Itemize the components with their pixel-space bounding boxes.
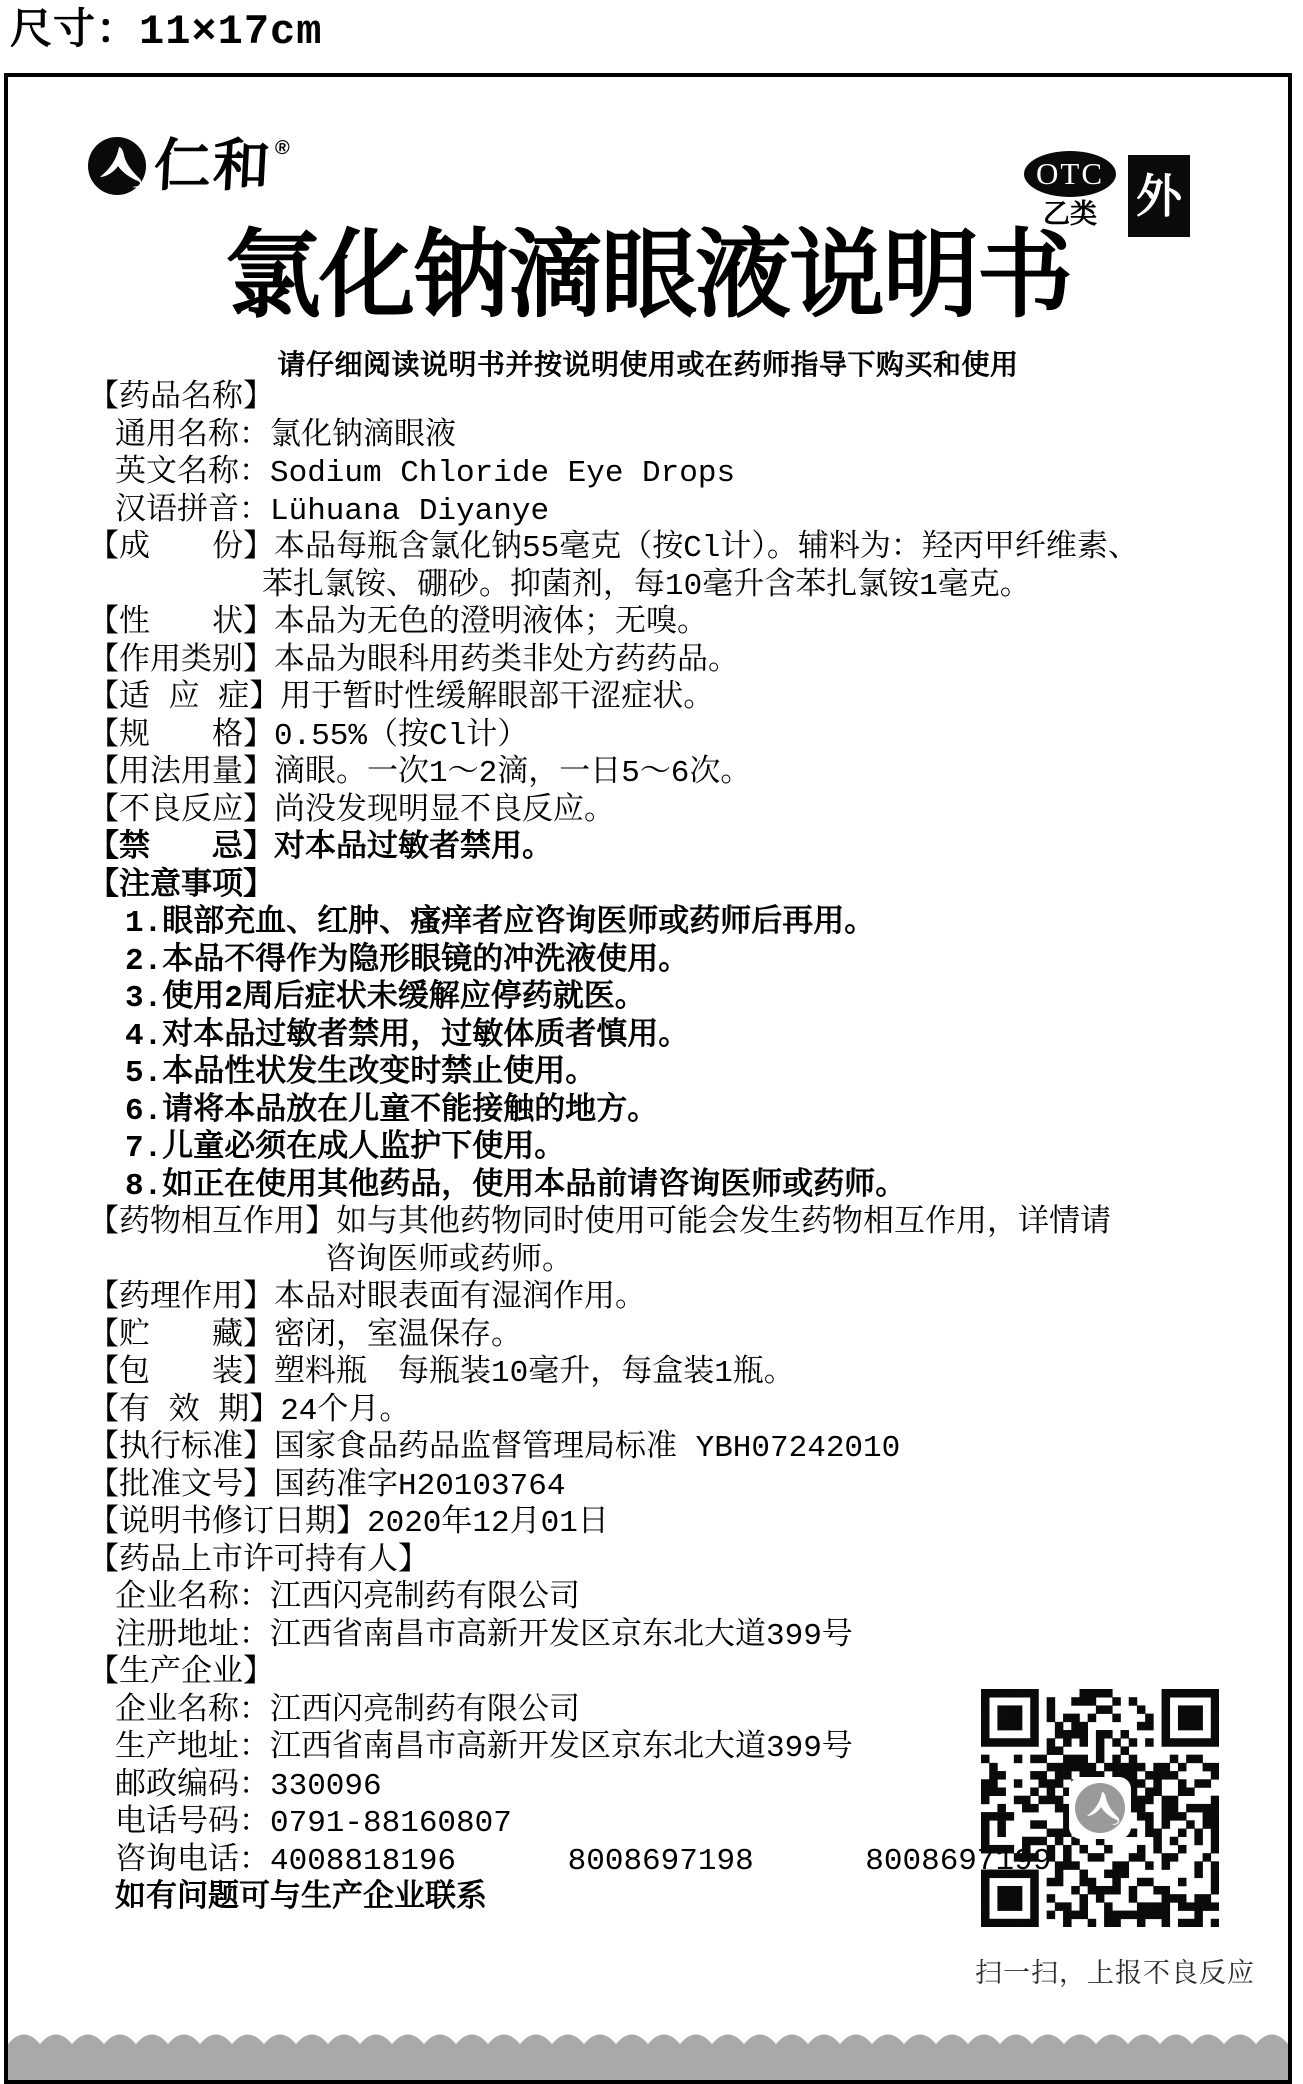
body-line: 汉语拼音：Lühuana Diyanye — [88, 493, 1278, 531]
body-line: 【贮 藏】密闭，室温保存。 — [88, 1318, 1278, 1356]
brand-name: 仁和® — [152, 137, 290, 195]
body-line: 苯扎氯铵、硼砂。抑菌剂，每10毫升含苯扎氯铵1毫克。 — [88, 568, 1278, 606]
body-line: 4.对本品过敏者禁用，过敏体质者慎用。 — [88, 1018, 1278, 1056]
qr-code-icon — [981, 1689, 1219, 1927]
body-line: 【药品上市许可持有人】 — [88, 1543, 1278, 1581]
body-line: 【性 状】本品为无色的澄明液体；无嗅。 — [88, 605, 1278, 643]
body-line: 2.本品不得作为隐形眼镜的冲洗液使用。 — [88, 943, 1278, 981]
torn-edge — [8, 2030, 1288, 2080]
qr-caption: 扫一扫，上报不良反应 — [975, 1951, 1225, 1990]
body-line: 3.使用2周后症状未缓解应停药就医。 — [88, 980, 1278, 1018]
body-line: 【作用类别】本品为眼科用药类非处方药药品。 — [88, 643, 1278, 681]
body-line: 企业名称：江西闪亮制药有限公司 — [88, 1580, 1278, 1618]
body-line: 【规 格】0.55%（按Cl计） — [88, 718, 1278, 756]
body-line: 咨询医师或药师。 — [88, 1243, 1278, 1281]
body-line: 【执行标准】国家食品药品监督管理局标准 YBH07242010 — [88, 1430, 1278, 1468]
registered-mark: ® — [274, 137, 292, 159]
body-line: 【药物相互作用】如与其他药物同时使用可能会发生药物相互作用，详情请 — [88, 1205, 1278, 1243]
size-label: 尺寸：11×17cm — [10, 0, 322, 56]
person-glyph-icon — [88, 137, 146, 195]
body-line: 【禁 忌】对本品过敏者禁用。 — [88, 830, 1278, 868]
brand-person-icon — [88, 137, 146, 195]
body-line: 英文名称：Sodium Chloride Eye Drops — [88, 455, 1278, 493]
body-line: 5.本品性状发生改变时禁止使用。 — [88, 1055, 1278, 1093]
body-line: 【有 效 期】24个月。 — [88, 1393, 1278, 1431]
body-line: 【药品名称】 — [88, 380, 1278, 418]
otc-badge: OTC 乙类 — [1020, 151, 1120, 230]
leaflet-scan: { "size_label": "尺寸：11×17cm", "header": … — [0, 0, 1303, 2084]
body-line: 【生产企业】 — [88, 1655, 1278, 1693]
body-line: 【注意事项】 — [88, 868, 1278, 906]
body-line: 【适 应 症】用于暂时性缓解眼部干涩症状。 — [88, 680, 1278, 718]
otc-label: OTC — [1024, 151, 1116, 197]
qr-block: 扫一扫，上报不良反应 — [975, 1689, 1225, 1990]
body-line: 7.儿童必须在成人监护下使用。 — [88, 1130, 1278, 1168]
brand-logo: 仁和® — [88, 135, 289, 197]
body-line: 【药理作用】本品对眼表面有湿润作用。 — [88, 1280, 1278, 1318]
body-line: 注册地址：江西省南昌市高新开发区京东北大道399号 — [88, 1618, 1278, 1656]
body-line: 【说明书修订日期】2020年12月01日 — [88, 1505, 1278, 1543]
qr-center-logo-icon — [1069, 1777, 1131, 1839]
body-line: 【用法用量】滴眼。一次1～2滴，一日5～6次。 — [88, 755, 1278, 793]
leaflet-page: 仁和® OTC 乙类 外 氯化钠滴眼液说明书 请仔细阅读说明书并按说明使用或在药… — [4, 73, 1292, 2084]
body-line: 【包 装】塑料瓶 每瓶装10毫升，每盒装1瓶。 — [88, 1355, 1278, 1393]
page-title: 氯化钠滴眼液说明书 — [8, 223, 1288, 329]
body-line: 1.眼部充血、红肿、瘙痒者应咨询医师或药师后再用。 — [88, 905, 1278, 943]
body-line: 通用名称：氯化钠滴眼液 — [88, 418, 1278, 456]
body-line: 6.请将本品放在儿童不能接触的地方。 — [88, 1093, 1278, 1131]
body-line: 【不良反应】尚没发现明显不良反应。 — [88, 793, 1278, 831]
body-line: 8.如正在使用其他药品，使用本品前请咨询医师或药师。 — [88, 1168, 1278, 1206]
usage-notice: 请仔细阅读说明书并按说明使用或在药师指导下购买和使用 — [8, 343, 1288, 383]
body-line: 【批准文号】国药准字H20103764 — [88, 1468, 1278, 1506]
body-lines: 【药品名称】通用名称：氯化钠滴眼液英文名称：Sodium Chloride Ey… — [88, 380, 1278, 1918]
body-line: 【成 份】本品每瓶含氯化钠55毫克（按Cl计）。辅料为：羟丙甲纤维素、 — [88, 530, 1278, 568]
